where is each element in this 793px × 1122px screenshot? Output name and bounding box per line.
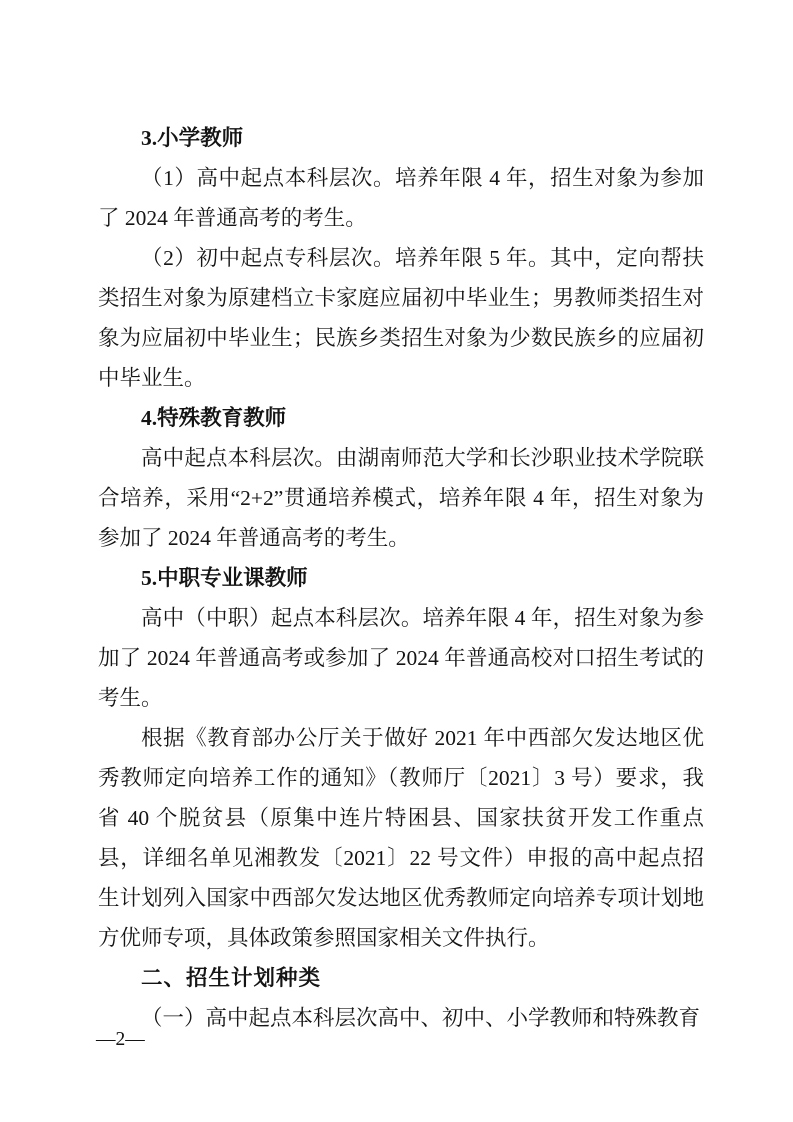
paragraph-bachelor-track: （1）高中起点本科层次。培养年限 4 年，招生对象为参加了 2024 年普通高考…	[98, 158, 704, 238]
paragraph-special-education: 高中起点本科层次。由湖南师范大学和长沙职业技术学院联合培养，采用“2+2”贯通培…	[98, 438, 704, 558]
page-number: —2—	[96, 1028, 145, 1052]
section-heading-vocational-teachers: 5.中职专业课教师	[98, 558, 704, 598]
section-heading-enrollment-plan-types: 二、招生计划种类	[98, 958, 704, 998]
document-page: 3.小学教师 （1）高中起点本科层次。培养年限 4 年，招生对象为参加了 202…	[0, 0, 793, 1122]
section-heading-primary-3: 3.小学教师	[98, 118, 704, 158]
paragraph-junior-college-track: （2）初中起点专科层次。培养年限 5 年。其中，定向帮扶类招生对象为原建档立卡家…	[98, 238, 704, 398]
paragraph-national-plan-policy: 根据《教育部办公厅关于做好 2021 年中西部欠发达地区优秀教师定向培养工作的通…	[98, 718, 704, 958]
paragraph-plan-type-one: （一）高中起点本科层次高中、初中、小学教师和特殊教育	[98, 998, 704, 1038]
section-heading-special-education: 4.特殊教育教师	[98, 398, 704, 438]
paragraph-vocational-teachers: 高中（中职）起点本科层次。培养年限 4 年，招生对象为参加了 2024 年普通高…	[98, 598, 704, 718]
document-body: 3.小学教师 （1）高中起点本科层次。培养年限 4 年，招生对象为参加了 202…	[98, 118, 704, 1038]
